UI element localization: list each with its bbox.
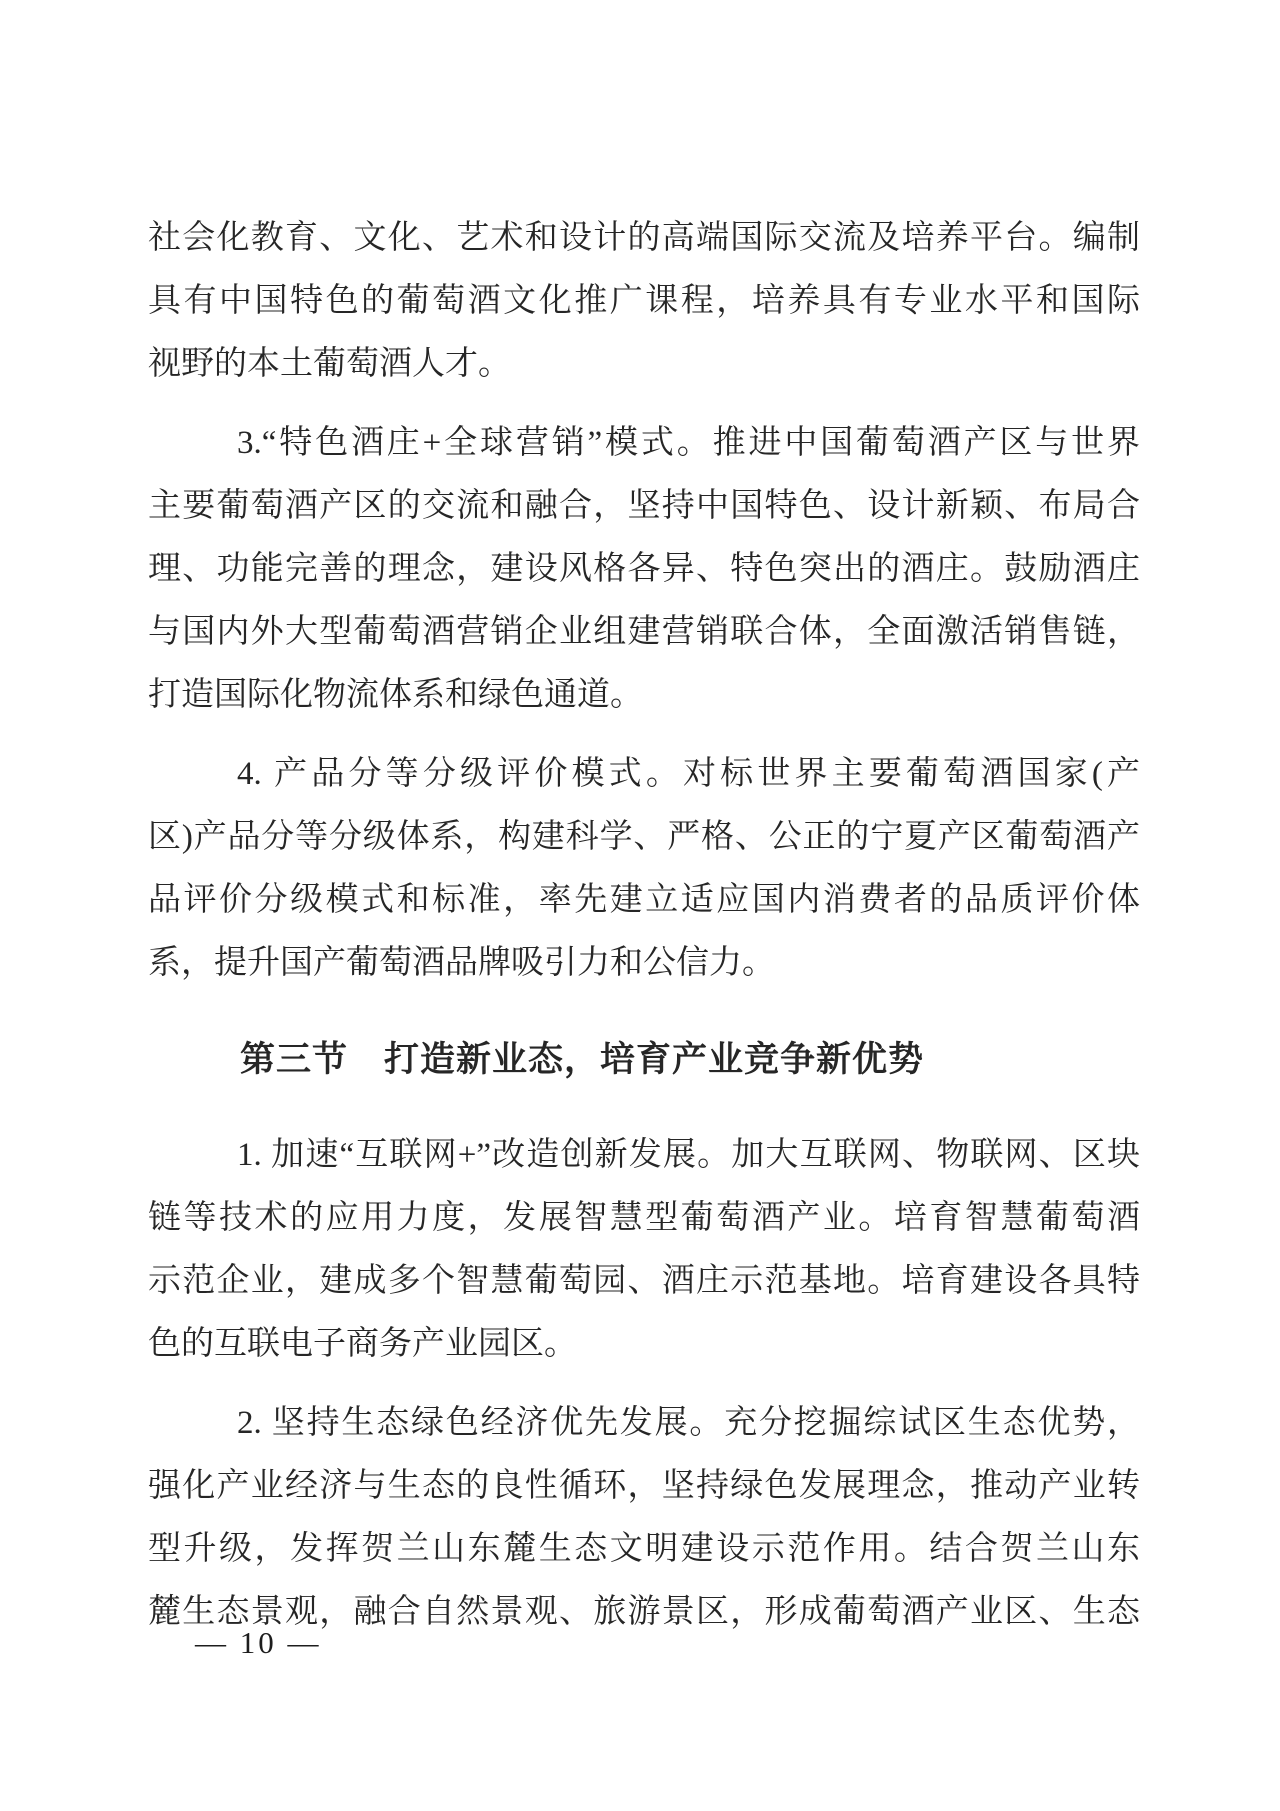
text-column: 社会化教育、文化、艺术和设计的高端国际交流及培养平台。编制 具有中国特色的葡萄酒… — [148, 207, 1140, 1660]
text-line: 品评价分级模式和标准，率先建立适应国内消费者的品质评价体 — [148, 869, 1140, 932]
text-line: 社会化教育、文化、艺术和设计的高端国际交流及培养平台。编制 — [148, 207, 1140, 270]
text-line: 3.“特色酒庄+全球营销”模式。推进中国葡萄酒产区与世界 — [148, 412, 1140, 475]
text-line: 型升级，发挥贺兰山东麓生态文明建设示范作用。结合贺兰山东 — [148, 1518, 1140, 1581]
text-line: 2. 坚持生态绿色经济优先发展。充分挖掘综试区生态优势， — [148, 1392, 1140, 1455]
text-line: 强化产业经济与生态的良性循环，坚持绿色发展理念，推动产业转 — [148, 1455, 1140, 1518]
section-heading: 第三节 打造新业态，培育产业竞争新优势 — [148, 1028, 1140, 1091]
text-line: 示范企业，建成多个智慧葡萄园、酒庄示范基地。培育建设各具特 — [148, 1250, 1140, 1313]
text-line: 链等技术的应用力度，发展智慧型葡萄酒产业。培育智慧葡萄酒 — [148, 1187, 1140, 1250]
text-line: 打造国际化物流体系和绿色通道。 — [148, 664, 1140, 727]
text-line: 与国内外大型葡萄酒营销企业组建营销联合体，全面激活销售链， — [148, 601, 1140, 664]
page-number-footer: — 10 — — [195, 1620, 322, 1665]
text-line: 区)产品分等分级体系，构建科学、严格、公正的宁夏产区葡萄酒产 — [148, 806, 1140, 869]
text-line: 4. 产品分等分级评价模式。对标世界主要葡萄酒国家(产 — [148, 743, 1140, 806]
text-line: 理、功能完善的理念，建设风格各异、特色突出的酒庄。鼓励酒庄 — [148, 538, 1140, 601]
text-line: 具有中国特色的葡萄酒文化推广课程，培养具有专业水平和国际 — [148, 270, 1140, 333]
text-line: 主要葡萄酒产区的交流和融合，坚持中国特色、设计新颖、布局合 — [148, 475, 1140, 538]
text-line: 1. 加速“互联网+”改造创新发展。加大互联网、物联网、区块 — [148, 1124, 1140, 1187]
text-line: 视野的本土葡萄酒人才。 — [148, 333, 1140, 396]
text-line: 色的互联电子商务产业园区。 — [148, 1313, 1140, 1376]
text-line: 系，提升国产葡萄酒品牌吸引力和公信力。 — [148, 932, 1140, 995]
